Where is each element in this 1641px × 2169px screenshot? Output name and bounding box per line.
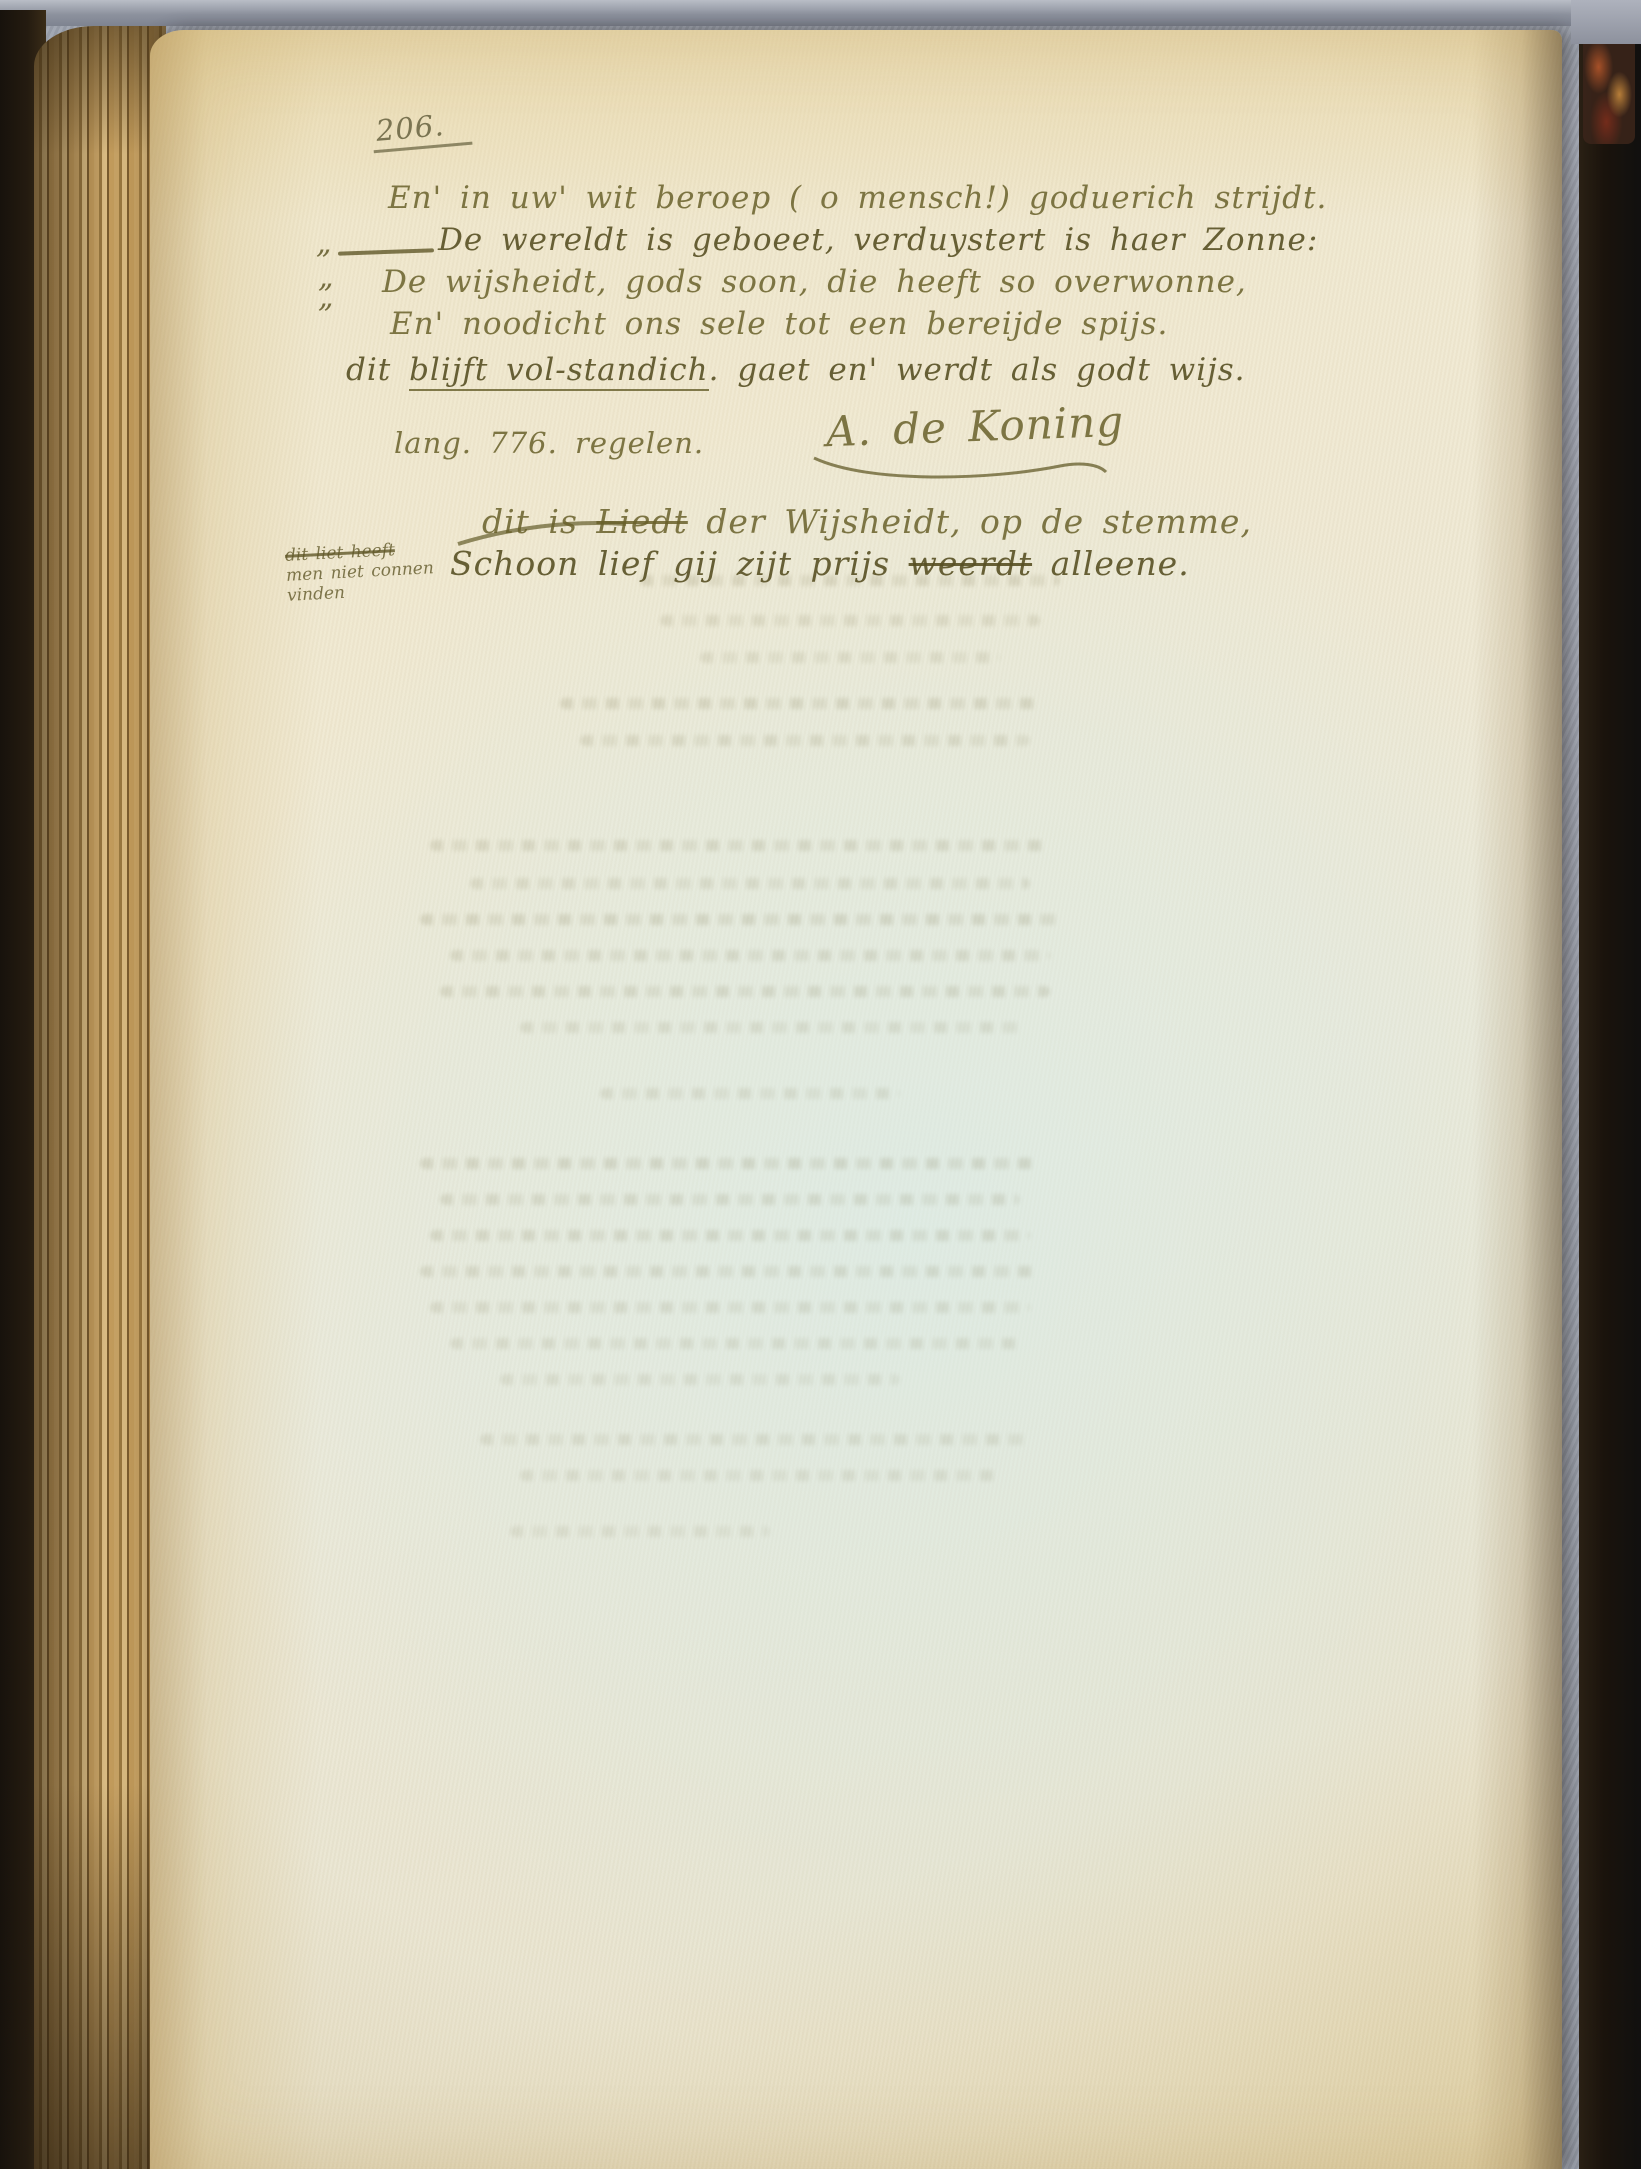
bleedthrough-line: [600, 1088, 900, 1099]
poem-line-final: dit blijft vol-standich. gaet en' werdt …: [346, 352, 1246, 388]
bleedthrough-line: [420, 1158, 1040, 1169]
book-binding-right: [1579, 0, 1641, 2169]
margin-dash: [338, 248, 434, 255]
bleedthrough-line: [430, 1302, 1030, 1313]
author-signature: A. de Koning: [825, 397, 1125, 456]
poem-line: De wijsheidt, gods soon, die heeft so ov…: [382, 264, 1247, 300]
margin-quote-mark: „: [318, 280, 335, 315]
page-number: 206.: [370, 106, 472, 153]
marbled-spine-detail: [1583, 34, 1635, 144]
poem-line: De wereldt is geboeet, verduystert is ha…: [438, 222, 1318, 258]
margin-note: dit liet heeft men niet connen vinden: [285, 538, 436, 606]
song-title-line: dit is Liedt der Wijsheidt, op de stemme…: [482, 502, 1252, 541]
bleedthrough-line: [660, 615, 1040, 626]
margin-quote-mark: „: [316, 226, 333, 261]
bleedthrough-line: [640, 575, 1060, 586]
bleedthrough-line: [580, 735, 1030, 746]
bleedthrough-line: [480, 1434, 1030, 1445]
poem-line: En' in uw' wit beroep ( o mensch!) godue…: [388, 180, 1327, 216]
bleedthrough-line: [450, 950, 1050, 961]
bleedthrough-line: [520, 1470, 1000, 1481]
poem-line: En' noodicht ons sele tot een bereijde s…: [390, 306, 1168, 342]
fabric-background: [0, 0, 1641, 26]
photo-of-manuscript: 206. En' in uw' wit beroep ( o mensch!) …: [0, 0, 1641, 2169]
stacked-page-edges: [34, 26, 166, 2169]
bleedthrough-line: [420, 1266, 1040, 1277]
bleedthrough-line: [430, 840, 1050, 851]
fabric-background-corner: [1571, 0, 1641, 44]
bleedthrough-line: [430, 1230, 1030, 1241]
gutter-shadow: [1472, 30, 1562, 2169]
bleedthrough-line: [700, 652, 1000, 663]
length-note: lang. 776. regelen.: [394, 426, 704, 460]
signature-flourish: [810, 450, 1110, 484]
bleedthrough-line: [560, 698, 1040, 709]
manuscript-page: 206. En' in uw' wit beroep ( o mensch!) …: [150, 30, 1562, 2169]
bleedthrough-line: [420, 914, 1060, 925]
bleedthrough-line: [500, 1374, 900, 1385]
bleedthrough-line: [450, 1338, 1020, 1349]
bleedthrough-line: [520, 1022, 1020, 1033]
bleedthrough-line: [440, 1194, 1020, 1205]
bleedthrough-line: [510, 1526, 770, 1537]
bleedthrough-line: [440, 986, 1050, 997]
bleedthrough-line: [470, 878, 1030, 889]
